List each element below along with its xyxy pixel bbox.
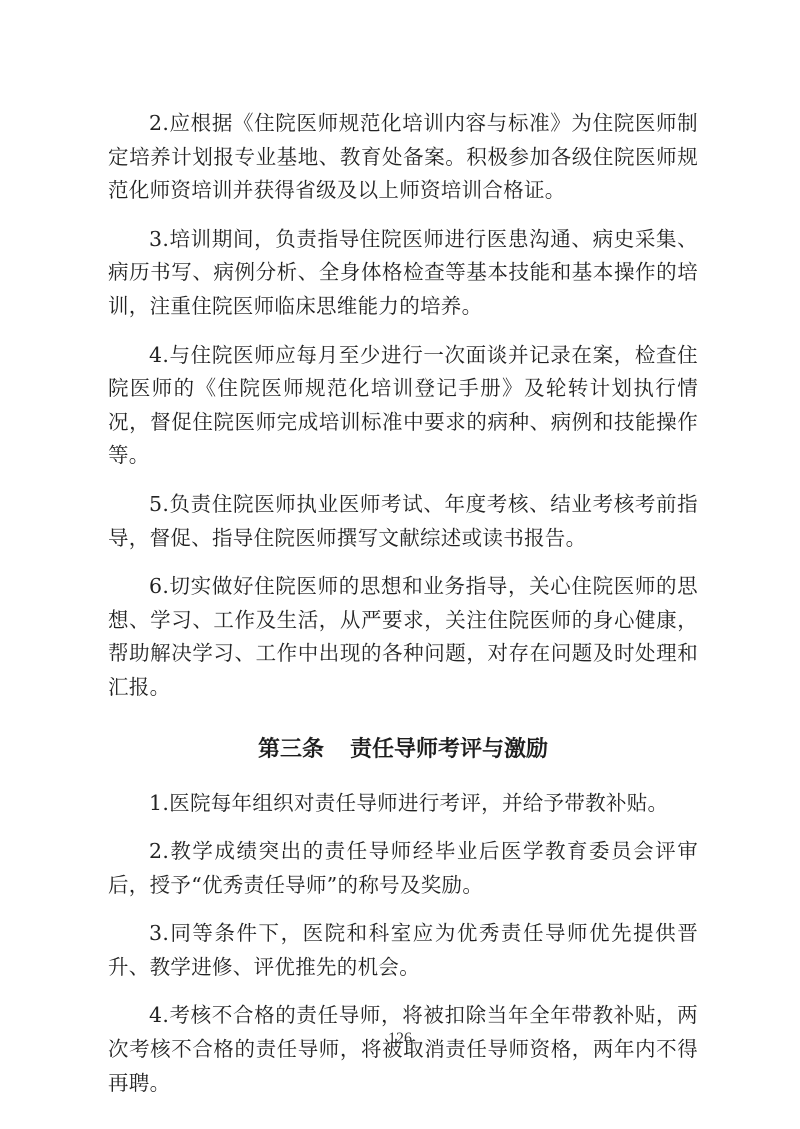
paragraph-item-6: 6.切实做好住院医师的思想和业务指导，关心住院医师的思想、学习、工作及生活，从严… [108, 570, 698, 704]
section3-item-4: 4.考核不合格的责任导师，将被扣除当年全年带教补贴，两次考核不合格的责任导师，将… [108, 999, 698, 1100]
paragraph-item-4: 4.与住院医师应每月至少进行一次面谈并记录在案，检查住院医师的《住院医师规范化培… [108, 339, 698, 473]
section-heading-title: 责任导师考评与激励 [350, 737, 548, 762]
paragraph-item-5: 5.负责住院医师执业医师考试、年度考核、结业考核考前指导，督促、指导住院医师撰写… [108, 488, 698, 555]
document-page: 2.应根据《住院医师规范化培训内容与标准》为住院医师制定培养计划报专业基地、教育… [108, 107, 698, 1115]
section3-item-2: 2.教学成绩突出的责任导师经毕业后医学教育委员会评审后，授予“优秀责任导师”的称… [108, 835, 698, 902]
section-heading: 第三条责任导师考评与激励 [108, 733, 698, 767]
paragraph-item-3: 3.培训期间，负责指导住院医师进行医患沟通、病史采集、病历书写、病例分析、全身体… [108, 223, 698, 324]
section-heading-number: 第三条 [258, 737, 324, 762]
section3-item-1: 1.医院每年组织对责任导师进行考评，并给予带教补贴。 [108, 787, 698, 821]
section3-item-3: 3.同等条件下，医院和科室应为优秀责任导师优先提供晋升、教学进修、评优推先的机会… [108, 917, 698, 984]
page-number: 126 [0, 1030, 800, 1048]
paragraph-item-2: 2.应根据《住院医师规范化培训内容与标准》为住院医师制定培养计划报专业基地、教育… [108, 107, 698, 208]
